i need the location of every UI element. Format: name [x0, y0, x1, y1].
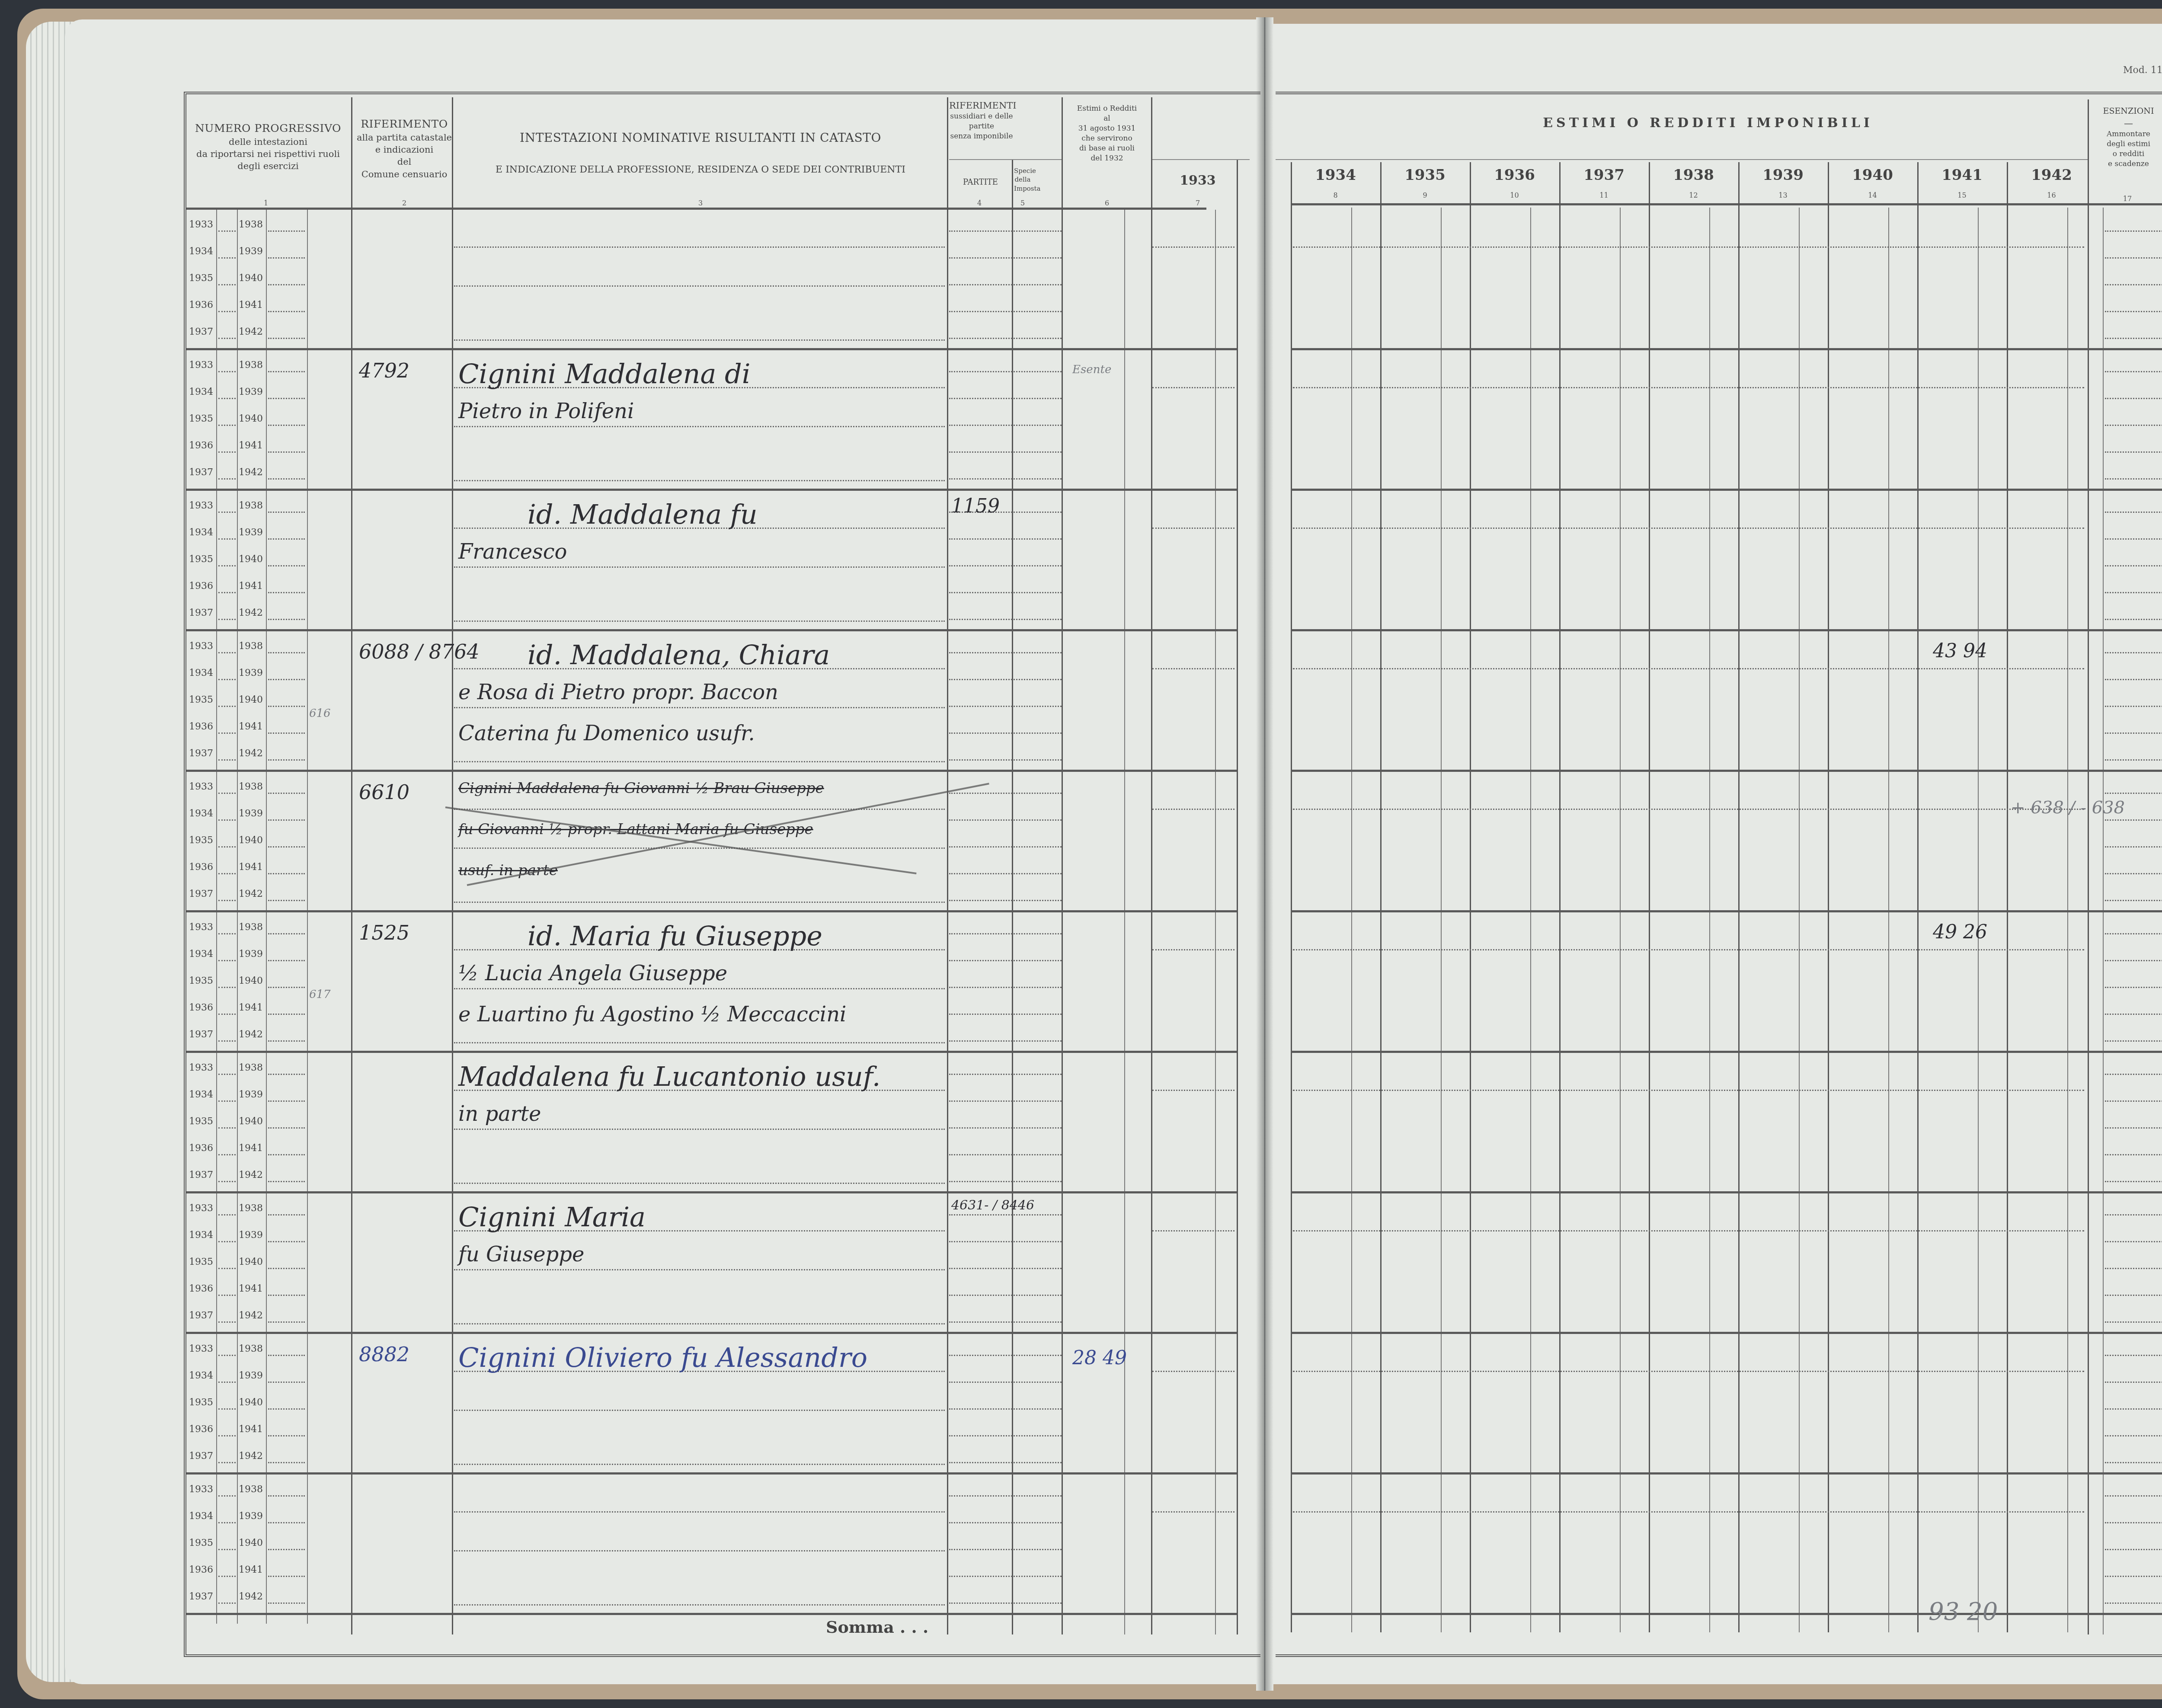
year-start: 1934	[186, 527, 216, 538]
year-end: 1938	[236, 1343, 266, 1354]
year-end: 1938	[236, 1484, 266, 1495]
somma-1941-value: 93 20	[1929, 1598, 1998, 1626]
year-end: 1940	[236, 1116, 266, 1127]
year-start: 1935	[186, 1116, 216, 1127]
year-start: 1935	[186, 976, 216, 986]
year-start: 1937	[186, 1310, 216, 1321]
name-line: Cignini Maria	[458, 1201, 646, 1233]
header-col45: RIFERIMENTI sussidiari e delle partite s…	[949, 99, 1014, 141]
year-end: 1942	[236, 608, 266, 618]
year-start: 1936	[186, 1424, 216, 1435]
year-end: 1940	[236, 1397, 266, 1408]
year-end: 1938	[236, 1203, 266, 1214]
estimi-title: ESTIMI O REDDITI IMPONIBILI	[1340, 115, 2076, 132]
year-end: 1939	[236, 1230, 266, 1241]
header-col1: NUMERO PROGRESSIVO delle intestazioni da…	[186, 121, 350, 173]
year-end: 1940	[236, 976, 266, 986]
year-start: 1936	[186, 440, 216, 451]
partita-number: 1525	[359, 921, 409, 944]
name-line: Cignini Maddalena di	[458, 358, 751, 390]
year-end: 1942	[236, 1451, 266, 1462]
year-end: 1940	[236, 413, 266, 424]
left-header-bottom	[186, 208, 1206, 210]
year-start: 1935	[186, 413, 216, 424]
year-end: 1938	[236, 219, 266, 230]
year-header-1934: 1934	[1291, 166, 1380, 184]
year-start: 1934	[186, 808, 216, 819]
header-col2: RIFERIMENTO alla partita catastale e ind…	[352, 117, 456, 180]
year-start: 1937	[186, 1451, 216, 1462]
name-line: Caterina fu Domenico usufr.	[458, 721, 755, 745]
year-end: 1939	[236, 387, 266, 397]
year-start: 1934	[186, 387, 216, 397]
year-start: 1934	[186, 246, 216, 257]
year-end: 1941	[236, 440, 266, 451]
year-start: 1933	[186, 1343, 216, 1354]
year-start: 1933	[186, 1484, 216, 1495]
year-header-1939: 1939	[1738, 166, 1828, 184]
estimo-1931: Esente	[1072, 363, 1111, 376]
year-start: 1933	[186, 1203, 216, 1214]
year-header-1935: 1935	[1380, 166, 1470, 184]
year-end: 1942	[236, 1591, 266, 1602]
header-col6: Estimi o Redditi al 31 agosto 1931 che s…	[1064, 104, 1150, 163]
right-header-bottom	[1291, 203, 2162, 205]
year-end: 1938	[236, 500, 266, 511]
year-end: 1942	[236, 326, 266, 337]
year-start: 1934	[186, 1230, 216, 1241]
year-end: 1941	[236, 1143, 266, 1154]
year-end: 1938	[236, 781, 266, 792]
year-start: 1936	[186, 1283, 216, 1294]
year-end: 1938	[236, 360, 266, 371]
estimo-1941: 49 26	[1933, 921, 1987, 943]
year-start: 1936	[186, 1002, 216, 1013]
year-start: 1937	[186, 326, 216, 337]
name-line: id. Maddalena fu	[528, 499, 758, 530]
year-end: 1941	[236, 1564, 266, 1575]
year-end: 1940	[236, 273, 266, 284]
name-line: id. Maria fu Giuseppe	[528, 920, 822, 952]
year-start: 1937	[186, 467, 216, 478]
year-start: 1937	[186, 1029, 216, 1040]
name-line: fu Giuseppe	[458, 1242, 584, 1267]
year-end: 1941	[236, 721, 266, 732]
year-start: 1937	[186, 748, 216, 759]
year-end: 1941	[236, 1002, 266, 1013]
riferimenti-partite: 1159	[951, 495, 1000, 517]
year-start: 1933	[186, 641, 216, 652]
year-start: 1937	[186, 1170, 216, 1180]
year-start: 1937	[186, 1591, 216, 1602]
estimo-1931: 28 49	[1072, 1347, 1127, 1369]
year-end: 1941	[236, 300, 266, 310]
year-start: 1934	[186, 949, 216, 960]
name-line: id. Maddalena, Chiara	[528, 639, 830, 671]
year-start: 1933	[186, 781, 216, 792]
year-end: 1941	[236, 581, 266, 592]
year-start: 1936	[186, 300, 216, 310]
year-start: 1936	[186, 721, 216, 732]
header-col17: ESENZIONI — Ammontare degli estimi o red…	[2088, 106, 2162, 169]
riferimenti-partite: 4631- / 8446	[951, 1198, 1034, 1213]
year-start: 1936	[186, 581, 216, 592]
estimo-1942-adjust: + 638 / - 638	[2011, 798, 2125, 818]
year-end: 1939	[236, 1511, 266, 1522]
year-end: 1942	[236, 889, 266, 899]
year-start: 1935	[186, 554, 216, 565]
year-end: 1940	[236, 1538, 266, 1548]
name-line: Cignini Oliviero fu Alessandro	[458, 1342, 867, 1373]
year-start: 1933	[186, 360, 216, 371]
year-start: 1936	[186, 862, 216, 873]
year-end: 1940	[236, 554, 266, 565]
estimo-1941: 43 94	[1933, 640, 1987, 662]
form-model-label: Mod. 111 - Imposte Dirette (Intercalare)…	[2123, 65, 2162, 76]
year-start: 1935	[186, 835, 216, 846]
year-start: 1934	[186, 668, 216, 678]
year-end: 1939	[236, 668, 266, 678]
side-note: 616	[309, 707, 331, 720]
year-start: 1936	[186, 1143, 216, 1154]
partita-number: 8882	[359, 1343, 409, 1366]
year-start: 1937	[186, 608, 216, 618]
year-end: 1939	[236, 1089, 266, 1100]
year-end: 1942	[236, 748, 266, 759]
year-end: 1938	[236, 1062, 266, 1073]
somma-label: Somma . . .	[826, 1617, 928, 1637]
year-start: 1934	[186, 1089, 216, 1100]
year-header-1933: 1933	[1155, 173, 1241, 188]
name-line: Francesco	[458, 540, 567, 564]
year-end: 1939	[236, 808, 266, 819]
year-end: 1939	[236, 246, 266, 257]
partita-number: 4792	[359, 359, 409, 382]
year-start: 1935	[186, 1397, 216, 1408]
name-line: ½ Lucia Angela Giuseppe	[458, 961, 727, 985]
right-table-frame	[1276, 92, 2162, 1657]
name-line: e Luartino fu Agostino ½ Meccaccini	[458, 1002, 846, 1027]
year-header-1936: 1936	[1470, 166, 1559, 184]
year-end: 1942	[236, 1310, 266, 1321]
name-line: in parte	[458, 1102, 541, 1126]
year-end: 1940	[236, 835, 266, 846]
year-end: 1941	[236, 1424, 266, 1435]
name-line: Pietro in Polifeni	[458, 399, 634, 423]
year-end: 1938	[236, 922, 266, 933]
year-start: 1933	[186, 922, 216, 933]
year-end: 1939	[236, 1370, 266, 1381]
year-header-1940: 1940	[1828, 166, 1917, 184]
year-end: 1940	[236, 1257, 266, 1267]
year-header-1941: 1941	[1917, 166, 2007, 184]
year-end: 1939	[236, 527, 266, 538]
year-start: 1935	[186, 273, 216, 284]
year-start: 1933	[186, 500, 216, 511]
year-start: 1933	[186, 219, 216, 230]
partita-number: 6088 / 8764	[359, 640, 480, 663]
year-end: 1938	[236, 641, 266, 652]
year-header-1942: 1942	[2007, 166, 2096, 184]
name-line: e Rosa di Pietro propr. Baccon	[458, 680, 778, 704]
year-header-1937: 1937	[1559, 166, 1649, 184]
year-start: 1935	[186, 1538, 216, 1548]
year-header-1938: 1938	[1649, 166, 1738, 184]
side-note: 617	[309, 988, 331, 1001]
year-end: 1940	[236, 694, 266, 705]
year-start: 1934	[186, 1511, 216, 1522]
partita-number: 6610	[359, 780, 409, 804]
year-start: 1934	[186, 1370, 216, 1381]
year-start: 1933	[186, 1062, 216, 1073]
header-col5: Specie della Imposta	[1014, 166, 1031, 193]
name-line: fu Giovanni ½ propr. Lattani Maria fu Gi…	[458, 821, 813, 838]
year-start: 1935	[186, 1257, 216, 1267]
year-start: 1935	[186, 694, 216, 705]
year-start: 1937	[186, 889, 216, 899]
name-line: Cignini Maddalena fu Giovanni ½ Brau Giu…	[458, 780, 824, 797]
year-end: 1942	[236, 1170, 266, 1180]
header-col4: PARTITE	[949, 177, 1012, 188]
year-end: 1941	[236, 1283, 266, 1294]
year-end: 1942	[236, 1029, 266, 1040]
year-end: 1941	[236, 862, 266, 873]
name-line: Maddalena fu Lucantonio usuf.	[458, 1061, 880, 1092]
left-table-frame	[184, 92, 1260, 1657]
year-start: 1936	[186, 1564, 216, 1575]
year-end: 1939	[236, 949, 266, 960]
header-col3: INTESTAZIONI NOMINATIVE RISULTANTI IN CA…	[454, 130, 947, 176]
year-end: 1942	[236, 467, 266, 478]
